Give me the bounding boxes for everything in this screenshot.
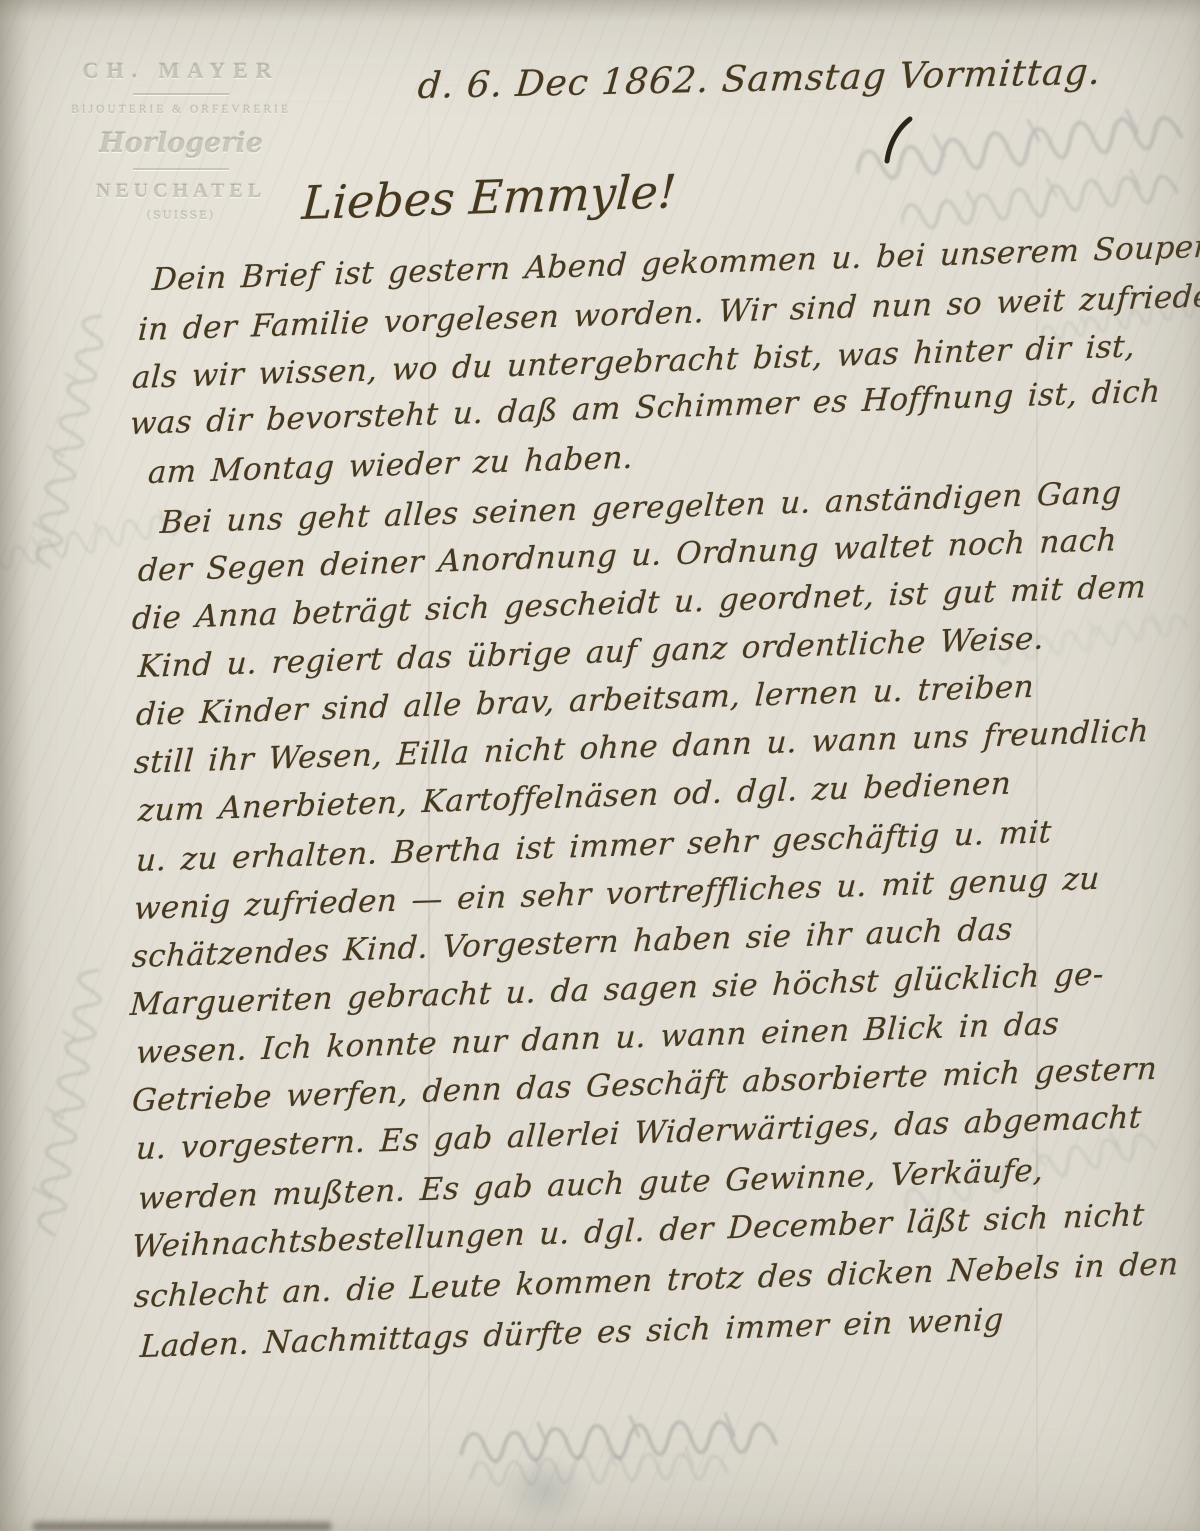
show-through-ghost — [21, 951, 118, 1254]
scan-edge-smudge — [32, 1522, 332, 1531]
paper-stain — [500, 1455, 590, 1525]
page-edge-shadow-top — [0, 0, 1200, 22]
page-edge-shadow-left — [0, 0, 30, 1531]
show-through-ghost — [69, 1391, 1170, 1493]
letterhead-trade: BIJOUTERIE & ORFEVRERIE — [52, 104, 310, 116]
letter-page: CH. MAYER BIJOUTERIE & ORFEVRERIE Horlog… — [0, 0, 1200, 1531]
handwritten-line: am Montag wieder zu haben. — [147, 440, 634, 491]
handwritten-line: Laden. Nachmittags dürfte es sich immer … — [139, 1302, 1005, 1365]
letterhead-country: (SUISSE) — [52, 209, 310, 222]
letterhead-name: CH. MAYER — [52, 58, 310, 84]
show-through-ghost — [19, 300, 120, 583]
show-through-ghost — [249, 1436, 950, 1504]
letterhead-rule — [133, 93, 229, 95]
letterhead-city: NEUCHATEL — [52, 180, 310, 203]
stray-ink-stroke — [884, 116, 914, 164]
show-through-ghost — [853, 100, 1187, 196]
salutation: Liebes Emmyle! — [300, 164, 677, 230]
letterhead-rule — [133, 168, 229, 170]
letterhead-horlogerie: Horlogerie — [52, 128, 310, 159]
dateline: d. 6. Dec 1862. Samstag Vormittag. — [416, 52, 1103, 107]
embossed-letterhead: CH. MAYER BIJOUTERIE & ORFEVRERIE Horlog… — [52, 58, 310, 222]
fold-crease — [1036, 0, 1038, 1531]
